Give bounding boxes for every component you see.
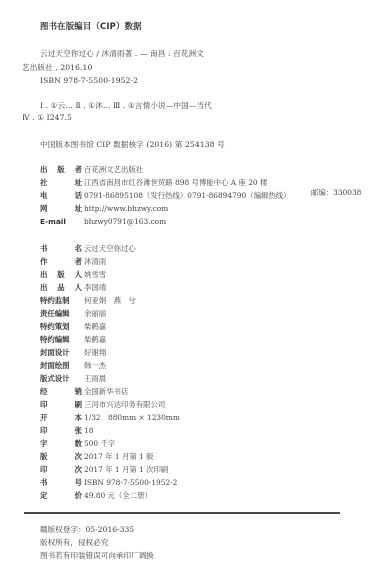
- book-info-label-char: 定: [40, 490, 47, 501]
- book-info-label-char: 印: [40, 464, 47, 475]
- cip-core-number: 中国版本图书馆 CIP 数据核字 (2016) 第 254138 号: [40, 139, 225, 150]
- book-info-label-char: 书: [40, 243, 47, 254]
- book-info-label-char: 张: [75, 425, 82, 436]
- book-info-value: 2017 年 1 月第 1 版: [84, 451, 154, 462]
- book-info-label-char: 销: [75, 386, 82, 397]
- book-info-label-char: 经: [40, 386, 47, 397]
- book-info-label: 书号: [40, 477, 82, 488]
- publisher-info-row: 电话0791-86895108（发行热线）0791-86894790（编辑热线）: [40, 189, 291, 201]
- book-info-row: 特约监制何亚娟 燕 兮: [40, 294, 136, 306]
- book-info-label-char: 刷: [75, 399, 82, 410]
- book-info-label: 字数: [40, 438, 82, 449]
- book-info-label: 作者: [40, 256, 82, 267]
- book-info-value: 何亚娟 燕 兮: [84, 295, 136, 306]
- book-info-value: 好谢翔: [84, 347, 106, 358]
- book-info-value: 云过天空你过心: [84, 243, 136, 254]
- book-info-label-char: 人: [75, 269, 82, 280]
- publisher-info-label: 出版者: [40, 164, 82, 175]
- book-info-value: 2017 年 1 月第 1 次印刷: [84, 464, 168, 475]
- book-info-row: 经销全国新华书店: [40, 385, 128, 397]
- book-info-row: 版次2017 年 1 月第 1 版: [40, 450, 154, 462]
- book-info-label: 经销: [40, 386, 82, 397]
- cip-classification-line: Ⅰ . ①云… Ⅱ . ①沐… Ⅲ . ①言情小说—中国—当代: [40, 100, 212, 111]
- book-info-value: 全国新华书店: [84, 386, 128, 397]
- copyright-notice: 版权所有，侵权必究: [40, 537, 108, 548]
- book-info-row: 书名云过天空你过心: [40, 242, 136, 254]
- book-info-row: 出版人姚雪雪: [40, 268, 106, 280]
- book-info-label-char: 开: [40, 412, 47, 423]
- book-info-row: 定价49.80 元（全二册）: [40, 489, 152, 501]
- book-info-value: 姚雪雪: [84, 269, 106, 280]
- book-info-value: 49.80 元（全二册）: [84, 490, 152, 501]
- book-info-row: 版式设计王雨晨: [40, 372, 106, 384]
- publisher-info-label-char: 址: [75, 203, 82, 214]
- book-info-value: 沐清雨: [84, 256, 106, 267]
- book-info-value: 500 千字: [84, 438, 115, 449]
- book-info-row: 印张18: [40, 424, 93, 436]
- publisher-info-label-char: E-mail: [40, 217, 66, 226]
- publisher-info-label-char: 社: [40, 177, 47, 188]
- book-info-label-char: 特约监制: [40, 295, 70, 306]
- book-info-label-char: 次: [75, 464, 82, 475]
- book-info-label-char: 字: [40, 438, 47, 449]
- book-info-label-char: 本: [75, 412, 82, 423]
- publisher-info-label-char: 出: [40, 164, 47, 175]
- book-info-row: 特约编辑柴鹤嘉: [40, 333, 106, 345]
- book-info-label: 版次: [40, 451, 82, 462]
- book-info-row: 印次2017 年 1 月第 1 次印刷: [40, 463, 168, 475]
- publisher-info-label: 网址: [40, 203, 82, 214]
- publisher-info-row: 出版者百花洲文艺出版社: [40, 163, 143, 175]
- book-info-label: 出版人: [40, 269, 82, 280]
- divider-rule: [24, 512, 340, 514]
- publisher-info-value: 0791-86895108（发行热线）0791-86894790（编辑热线）: [84, 190, 291, 201]
- postcode: 邮编：330038: [311, 187, 361, 198]
- book-info-value: ISBN 978-7-5500-1952-2: [84, 478, 177, 487]
- cip-isbn-line: ISBN 978-7-5500-1952-2: [40, 76, 138, 85]
- publisher-info-label-char: 版: [57, 164, 64, 175]
- book-info-row: 特约策划柴鹤嘉: [40, 320, 106, 332]
- book-info-row: 封面设计好谢翔: [40, 346, 106, 358]
- replacement-notice: 图书若有印装错误可向承印厂调换: [40, 550, 154, 561]
- book-info-label-char: 价: [75, 490, 82, 501]
- publisher-info-label-char: 网: [40, 203, 47, 214]
- book-info-label-char: 书: [40, 477, 47, 488]
- book-info-value: 余丽丽: [84, 308, 106, 319]
- book-info-row: 责任编辑余丽丽: [40, 307, 106, 319]
- book-info-label: 书名: [40, 243, 82, 254]
- book-info-label-char: 者: [75, 256, 82, 267]
- book-info-value: 三河市兴达印务有限公司: [84, 399, 165, 410]
- publisher-info-label-char: 址: [75, 177, 82, 188]
- publisher-info-label-char: 者: [75, 164, 82, 175]
- book-info-label-char: 号: [75, 477, 82, 488]
- book-info-label-char: 名: [75, 243, 82, 254]
- book-info-label: 封面设计: [40, 347, 82, 358]
- publisher-info-label-char: 话: [75, 190, 82, 201]
- book-info-label-char: 版: [40, 451, 47, 462]
- cip-class-number-line: Ⅳ . ① I247.5: [22, 113, 72, 122]
- publisher-info-row: 网址http://www.bhzwy.com: [40, 202, 168, 214]
- publisher-info-label: 社址: [40, 177, 82, 188]
- book-info-value: 李国靖: [84, 282, 106, 293]
- cip-title-line: 云过天空你过心 / 沐清雨著 . — 南昌 : 百花洲文: [40, 48, 204, 59]
- book-info-label-char: 版式设计: [40, 373, 70, 384]
- publisher-info-row: E-mailbhzwy0791@163.com: [40, 215, 166, 227]
- publisher-info-label-char: 电: [40, 190, 47, 201]
- book-info-label: 印次: [40, 464, 82, 475]
- book-info-label: 印张: [40, 425, 82, 436]
- book-info-label-char: 版: [57, 269, 64, 280]
- book-info-label: 出品人: [40, 282, 82, 293]
- book-info-label: 定价: [40, 490, 82, 501]
- book-info-label-char: 特约编辑: [40, 334, 70, 345]
- book-info-label: 特约策划: [40, 321, 82, 332]
- book-info-row: 印刷三河市兴达印务有限公司: [40, 398, 165, 410]
- book-info-label: 特约监制: [40, 295, 82, 306]
- book-info-value: 王雨晨: [84, 373, 106, 384]
- publisher-info-value: bhzwy0791@163.com: [84, 217, 166, 226]
- book-info-label-char: 出: [40, 269, 47, 280]
- publisher-info-label: E-mail: [40, 217, 82, 226]
- book-info-label-char: 封面绘图: [40, 360, 70, 371]
- publisher-info-value: 江西省南昌市红谷滩世贸路 898 号博能中心 A 座 20 楼: [84, 177, 267, 188]
- book-info-label-char: 封面设计: [40, 347, 70, 358]
- book-info-value: 18: [84, 426, 93, 435]
- book-info-row: 书号ISBN 978-7-5500-1952-2: [40, 476, 177, 488]
- copyright-page: 图书在版编目（CIP）数据 云过天空你过心 / 沐清雨著 . — 南昌 : 百花…: [0, 0, 375, 587]
- book-info-label-char: 人: [75, 282, 82, 293]
- publisher-info-value: http://www.bhzwy.com: [84, 204, 168, 213]
- book-info-row: 字数500 千字: [40, 437, 115, 449]
- book-info-value: 1/32 880mm × 1230mm: [84, 412, 180, 423]
- book-info-label: 开本: [40, 412, 82, 423]
- book-info-label: 封面绘图: [40, 360, 82, 371]
- publisher-info-value: 百花洲文艺出版社: [84, 164, 143, 175]
- book-info-label: 版式设计: [40, 373, 82, 384]
- publisher-info-row: 社址江西省南昌市红谷滩世贸路 898 号博能中心 A 座 20 楼: [40, 176, 267, 188]
- book-info-value: 柴鹤嘉: [84, 334, 106, 345]
- book-info-value: 柴鹤嘉: [84, 321, 106, 332]
- book-info-label: 特约编辑: [40, 334, 82, 345]
- book-info-row: 封面绘图韩一杰: [40, 359, 106, 371]
- book-info-label-char: 数: [75, 438, 82, 449]
- book-info-row: 开本1/32 880mm × 1230mm: [40, 411, 180, 423]
- book-info-label-char: 出: [40, 282, 47, 293]
- copyright-registration: 赣版权登字：05-2016-335: [40, 524, 134, 535]
- publisher-info-label: 电话: [40, 190, 82, 201]
- cip-publisher-line: 艺出版社 , 2016.10: [22, 62, 92, 73]
- book-info-row: 出品人李国靖: [40, 281, 106, 293]
- cip-heading: 图书在版编目（CIP）数据: [40, 20, 142, 32]
- book-info-label-char: 印: [40, 425, 47, 436]
- book-info-label-char: 作: [40, 256, 47, 267]
- book-info-label-char: 次: [75, 451, 82, 462]
- book-info-label: 责任编辑: [40, 308, 82, 319]
- book-info-label-char: 印: [40, 399, 47, 410]
- book-info-value: 韩一杰: [84, 360, 106, 371]
- book-info-label-char: 责任编辑: [40, 308, 70, 319]
- book-info-row: 作者沐清雨: [40, 255, 106, 267]
- book-info-label-char: 品: [57, 282, 64, 293]
- book-info-label-char: 特约策划: [40, 321, 70, 332]
- book-info-label: 印刷: [40, 399, 82, 410]
